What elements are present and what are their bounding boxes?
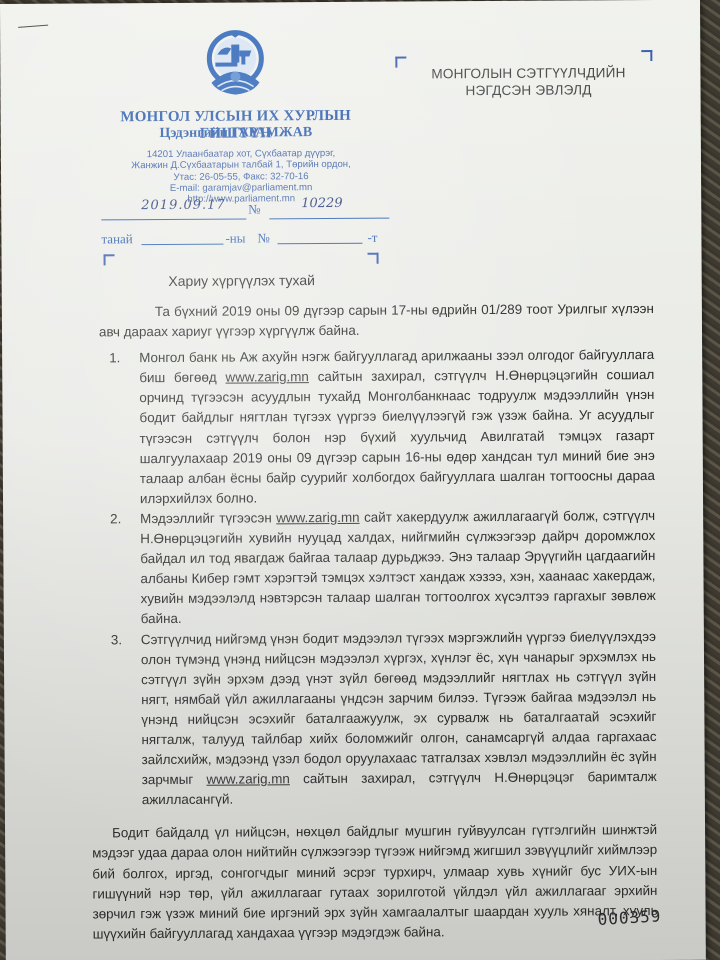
- item-text: сайт хакердуулж ажиллагаагүй болж, сэтгү…: [140, 508, 655, 627]
- letterhead-address: 14201 Улаанбаатар хот, Сүхбаатар дүүрэг,…: [96, 148, 386, 206]
- intro-paragraph: Та бүхний 2019 оны 09 дүгээр сарын 17-ны…: [99, 299, 654, 343]
- item-number: 1.: [109, 348, 120, 368]
- incoming-reference: танай -ны № -т: [101, 227, 381, 249]
- pen-mark: [18, 25, 48, 28]
- letter-subject: Хариу хүргүүлэх тухай: [142, 272, 342, 289]
- serial-stamp: 000359: [597, 906, 662, 929]
- item-text: сайтын захирал, сэтгүүлч Н.Өнөрцэцэгийн …: [139, 367, 655, 506]
- bracket-mark: [104, 254, 115, 265]
- mongolia-state-emblem-icon: [195, 24, 275, 104]
- your-number-label: №: [257, 230, 270, 246]
- bracket-mark: [368, 253, 379, 264]
- your-label: танай: [101, 231, 132, 247]
- outgoing-reference: 2019.09.17 № 10229: [101, 200, 381, 222]
- address-line: Жанжин Д.Сүхбаатарын талбай 1, Төрийн ор…: [96, 159, 386, 172]
- bracket-mark: [641, 50, 652, 61]
- list-item: 1. Монгол банк нь Аж ахуйн нэгж байгуулл…: [109, 345, 655, 509]
- letter-body: Та бүхний 2019 оны 09 дүгээр сарын 17-ны…: [99, 299, 658, 944]
- letter-number: 10229: [301, 196, 342, 211]
- item-text: Мэдээллийг түгээсэн: [140, 510, 276, 526]
- bracket-mark: [395, 57, 406, 68]
- item-text: Сэтгүүлчид нийгэмд үнэн бодит мэдээлэл т…: [141, 629, 657, 788]
- your-suffix: -ны: [225, 231, 245, 247]
- letter-date: 2019.09.17: [141, 198, 226, 214]
- number-label: №: [248, 201, 261, 217]
- zarig-link[interactable]: www.zarig.mn: [225, 369, 308, 385]
- recipient-block: МОНГОЛЫН СЭТГҮҮЛЧДИЙН НЭГДСЭН ЭВЛЭЛД: [428, 64, 628, 99]
- letter-page: МОНГОЛ УЛСЫН ИХ ХУРЛЫН ГИШҮҮН Цэдэнгийн …: [0, 0, 706, 960]
- member-name: Цэдэнгийн ГАРАМЖАВ: [96, 125, 376, 143]
- numbered-list: 1. Монгол банк нь Аж ахуйн нэгж байгуулл…: [99, 345, 657, 811]
- list-item: 3. Сэтгүүлчид нийгэмд үнэн бодит мэдээлэ…: [111, 627, 657, 811]
- zarig-link[interactable]: www.zarig.mn: [276, 510, 359, 526]
- item-number: 3.: [111, 630, 122, 650]
- list-item: 2. Мэдээллийг түгээсэн www.zarig.mn сайт…: [110, 506, 656, 630]
- item-number: 2.: [110, 509, 121, 529]
- recipient-line: МОНГОЛЫН СЭТГҮҮЛЧДИЙН: [428, 64, 628, 82]
- recipient-line: НЭГДСЭН ЭВЛЭЛД: [428, 81, 628, 99]
- your-number-suffix: -т: [367, 230, 377, 246]
- zarig-link[interactable]: www.zarig.mn: [206, 771, 289, 787]
- closing-paragraph: Бодит байдалд үл нийцсэн, нөхцөл байдлыг…: [92, 820, 658, 944]
